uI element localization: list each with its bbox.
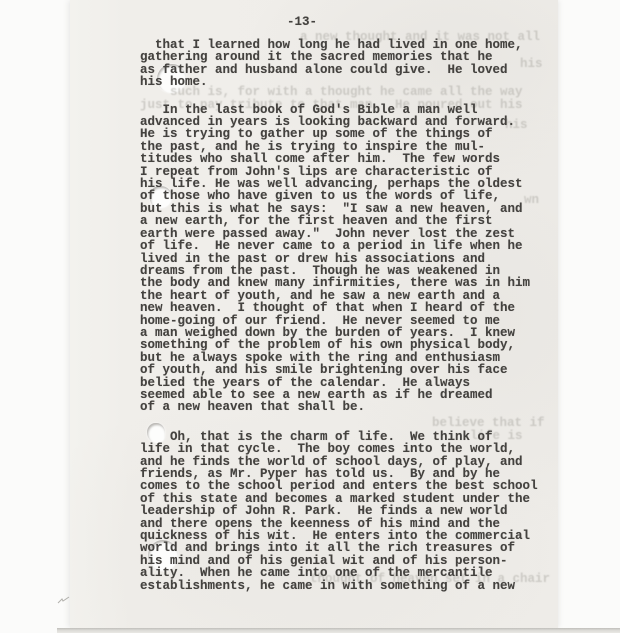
text-line: of a new heaven that shall be. [140,401,552,413]
text-line: of youth, and his smile brightening over… [140,364,552,376]
page-number: -13- [287,15,317,29]
text-line: the body and knew many infirmities, ther… [140,277,552,289]
paragraph-2: In the last book of God's Bible a man we… [140,104,552,414]
text-line: leadership of John R. Park. He finds a n… [140,505,552,517]
paragraph-3: Oh, that is the charm of life. We think … [140,431,552,592]
text-line: new heaven. I thought of that when I hea… [140,302,552,314]
text-line: something of the problem of his own phys… [140,339,552,351]
text-line: He is trying to gather up some of the th… [140,128,552,140]
text-line: of life. He never came to a period in li… [140,240,552,252]
text-line: ality. When he came into one of the merc… [140,567,552,579]
paragraph-1: that I learned how long he had lived in … [140,39,552,89]
text-line: titudes who shall come after him. The fe… [140,153,552,165]
text-line: comes to the school period and enters th… [140,480,552,492]
page-bottom-edge [57,628,620,633]
body-text: that I learned how long he had lived in … [140,39,552,592]
text-line: his home. [140,76,552,88]
text-line: life in that cycle. The boy comes into t… [140,443,552,455]
text-line: of those who have given to us the words … [140,190,552,202]
text-line: world and brings into it all the rich tr… [140,542,552,554]
text-line: establishments, he came in with somethin… [140,580,552,592]
text-line: gathering around it the sacred memories … [140,51,552,63]
text-line: a new earth, for the first heaven and th… [140,215,552,227]
pencil-check-mark [57,596,70,605]
